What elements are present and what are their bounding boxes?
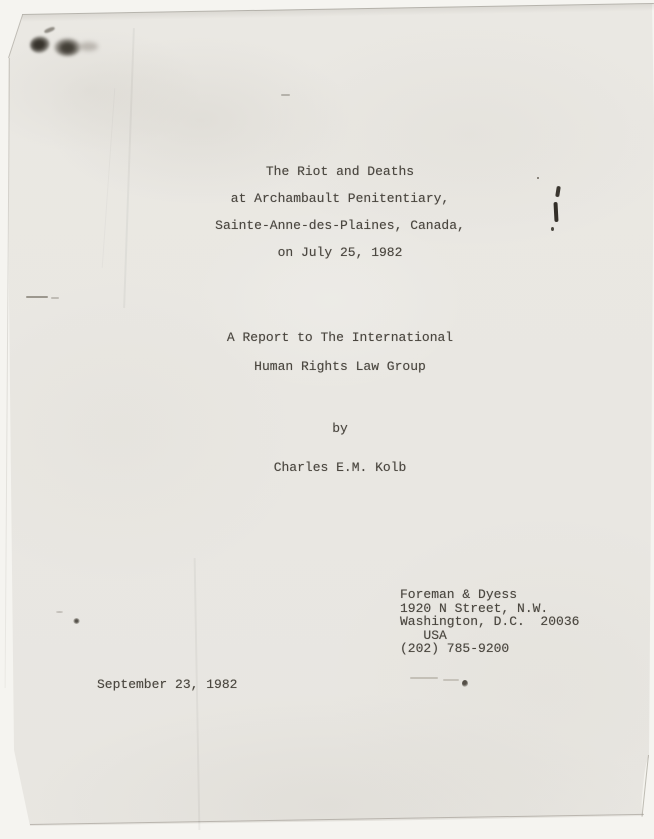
firm-city-zip: Washington, D.C. 20036 bbox=[400, 615, 579, 629]
author-name: Charles E.M. Kolb bbox=[0, 461, 654, 475]
byline: by bbox=[0, 422, 654, 436]
title-line-4: on July 25, 1982 bbox=[0, 246, 654, 260]
firm-address-block: Foreman & Dyess 1920 N Street, N.W. Wash… bbox=[400, 588, 579, 656]
title-line-2: at Archambault Penitentiary, bbox=[0, 192, 654, 206]
subtitle-line-1: A Report to The International bbox=[0, 331, 654, 345]
typewritten-content: The Riot and Deaths at Archambault Penit… bbox=[0, 0, 654, 839]
firm-phone: (202) 785-9200 bbox=[400, 642, 579, 656]
scanned-page: The Riot and Deaths at Archambault Penit… bbox=[0, 0, 654, 839]
title-line-3: Sainte-Anne-des-Plaines, Canada, bbox=[0, 219, 654, 233]
report-date: September 23, 1982 bbox=[97, 678, 237, 692]
firm-country: USA bbox=[400, 629, 579, 643]
firm-street: 1920 N Street, N.W. bbox=[400, 602, 579, 616]
title-line-1: The Riot and Deaths bbox=[0, 165, 654, 179]
firm-name: Foreman & Dyess bbox=[400, 588, 579, 602]
subtitle-line-2: Human Rights Law Group bbox=[0, 360, 654, 374]
